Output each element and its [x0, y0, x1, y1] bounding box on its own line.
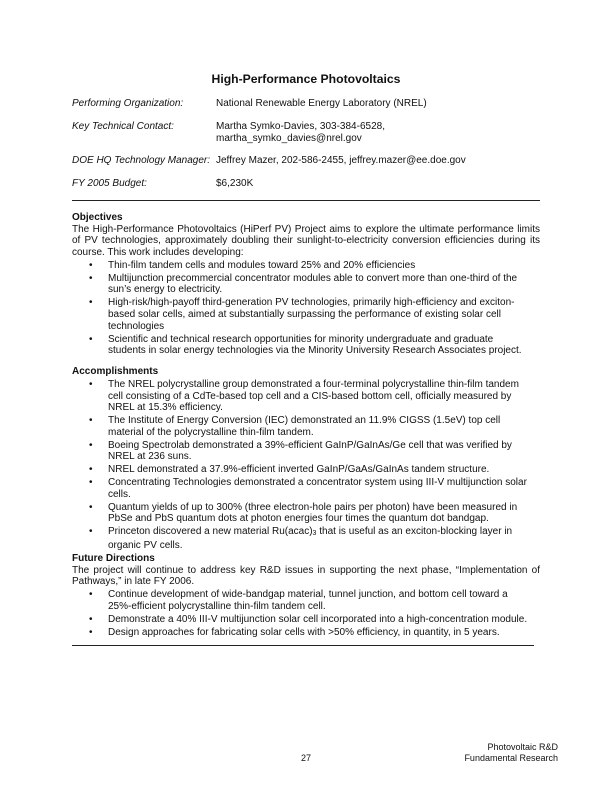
meta-label: DOE HQ Technology Manager: [72, 155, 222, 167]
meta-value: Jeffrey Mazer, 202-586-2455, jeffrey.maz… [216, 155, 466, 167]
top-divider [72, 200, 540, 201]
list-item: •High-risk/high-payoff third-generation … [72, 297, 540, 332]
meta-value: Martha Symko-Davies, 303-384-6528, [216, 121, 385, 133]
meta-label: Key Technical Contact: [72, 121, 222, 133]
objectives-section: Objectives The High-Performance Photovol… [72, 212, 540, 357]
bullet-icon: • [89, 526, 93, 538]
page-title: High-Performance Photovoltaics [0, 72, 612, 86]
bottom-divider [72, 645, 534, 646]
accomplishments-list: •The NREL polycrystalline group demonstr… [72, 379, 540, 552]
contact-email: martha_symko_davies@nrel.gov [216, 133, 362, 145]
list-item: •NREL demonstrated a 37.9%-efficient inv… [72, 464, 540, 476]
list-item: •Princeton discovered a new material Ru(… [72, 526, 540, 551]
meta-value: $6,230K [216, 178, 253, 190]
objectives-intro: The High-Performance Photovoltaics (HiPe… [72, 224, 540, 259]
bullet-icon: • [89, 379, 93, 391]
bullet-icon: • [89, 297, 93, 309]
future-directions-section: Future Directions The project will conti… [72, 553, 540, 638]
bullet-icon: • [89, 415, 93, 427]
bullet-icon: • [89, 614, 93, 626]
bullet-icon: • [89, 273, 93, 285]
future-directions-list: •Continue development of wide-bandgap ma… [72, 589, 540, 638]
bullet-icon: • [89, 440, 93, 452]
meta-value: National Renewable Energy Laboratory (NR… [216, 98, 427, 110]
footer-section-label: Photovoltaic R&D Fundamental Research [464, 742, 558, 764]
list-item: •The NREL polycrystalline group demonstr… [72, 379, 540, 414]
footer-line: Photovoltaic R&D [464, 742, 558, 753]
footer-line: Fundamental Research [464, 753, 558, 764]
bullet-icon: • [89, 334, 93, 346]
list-item: •Thin-film tandem cells and modules towa… [72, 260, 540, 272]
meta-label: FY 2005 Budget: [72, 178, 222, 190]
future-directions-intro: The project will continue to address key… [72, 565, 540, 588]
list-item: •The Institute of Energy Conversion (IEC… [72, 415, 540, 438]
bullet-icon: • [89, 589, 93, 601]
bullet-icon: • [89, 464, 93, 476]
list-item: •Concentrating Technologies demonstrated… [72, 477, 540, 500]
meta-label: Performing Organization: [72, 98, 222, 110]
objectives-heading: Objectives [72, 212, 540, 224]
list-item: •Multijunction precommercial concentrato… [72, 273, 540, 296]
list-item: •Design approaches for fabricating solar… [72, 627, 540, 639]
objectives-list: •Thin-film tandem cells and modules towa… [72, 260, 540, 357]
accomplishments-heading: Accomplishments [72, 366, 540, 378]
bullet-icon: • [89, 502, 93, 514]
list-item: •Demonstrate a 40% III-V multijunction s… [72, 614, 540, 626]
accomplishments-section: Accomplishments •The NREL polycrystallin… [72, 366, 540, 552]
list-item: •Quantum yields of up to 300% (three ele… [72, 502, 540, 525]
bullet-icon: • [89, 260, 93, 272]
list-item: •Scientific and technical research oppor… [72, 334, 540, 357]
list-item: •Continue development of wide-bandgap ma… [72, 589, 540, 612]
list-item: •Boeing Spectrolab demonstrated a 39%-ef… [72, 440, 540, 463]
bullet-icon: • [89, 477, 93, 489]
document-page: High-Performance Photovoltaics Performin… [0, 0, 612, 792]
bullet-icon: • [89, 627, 93, 639]
future-directions-heading: Future Directions [72, 553, 540, 565]
